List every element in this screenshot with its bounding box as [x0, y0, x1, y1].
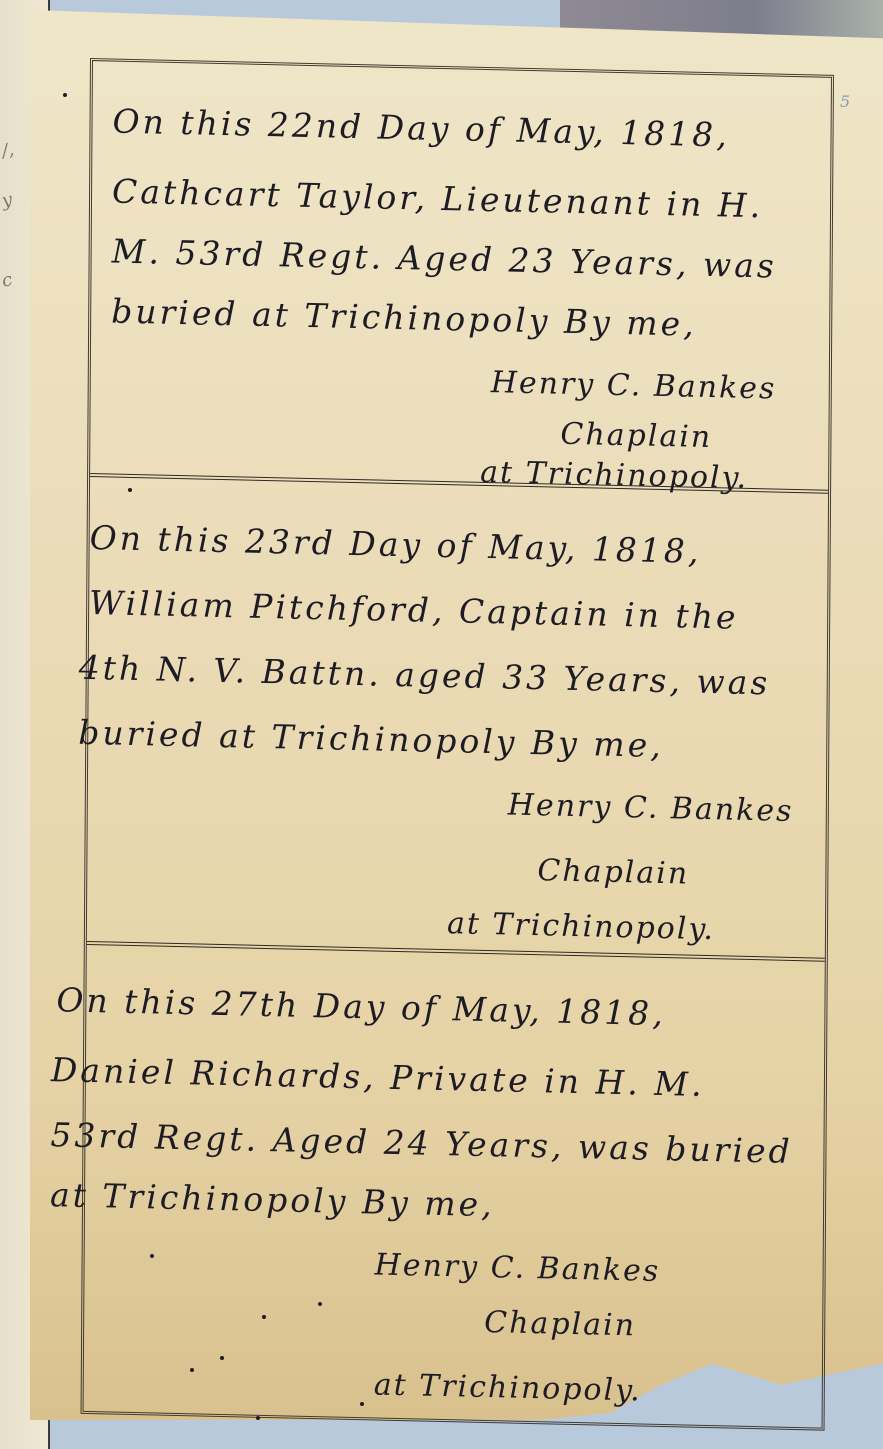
entry-line: Daniel Richards, Private in H. M. [51, 1050, 705, 1104]
ink-speck [220, 1356, 224, 1360]
chaplain-location: at Trichinopoly. [374, 1367, 642, 1408]
chaplain-signature: Henry C. Bankes [508, 788, 794, 829]
entry-line: On this 23rd Day of May, 1818, [90, 518, 702, 571]
ink-speck [360, 1402, 364, 1406]
entry-line: buried at Trichinopoly By me, [111, 291, 697, 343]
ink-speck [150, 1254, 154, 1258]
facing-page-handwriting: /, [0, 139, 16, 162]
entry-line: buried at Trichinopoly By me, [78, 713, 664, 765]
page-number: 5 [840, 92, 850, 111]
facing-page-handwriting: y [0, 189, 14, 212]
entry-line: Cathcart Taylor, Lieutenant in H. [112, 172, 763, 226]
ink-speck [262, 1315, 266, 1319]
chaplain-title: Chaplain [537, 853, 689, 891]
ink-speck [190, 1368, 194, 1372]
chaplain-title: Chaplain [560, 417, 712, 455]
burial-entry: On this 27th Day of May, 1818, Daniel Ri… [84, 941, 825, 1428]
burial-entry: On this 22nd Day of May, 1818, Cathcart … [90, 61, 831, 494]
chaplain-signature: Henry C. Bankes [374, 1247, 660, 1288]
entry-line: William Pitchford, Captain in the [89, 583, 739, 637]
entry-line: at Trichinopoly By me, [50, 1175, 495, 1224]
entry-line: M. 53rd Regt. Aged 23 Years, was [112, 231, 777, 285]
ink-speck [318, 1302, 322, 1306]
chaplain-signature: Henry C. Bankes [491, 365, 777, 406]
entry-line: On this 27th Day of May, 1818, [56, 980, 666, 1033]
ink-speck [63, 93, 67, 97]
register-table: On this 22nd Day of May, 1818, Cathcart … [81, 58, 834, 1431]
facing-page-handwriting: c [0, 269, 14, 292]
ink-speck [128, 488, 132, 492]
burial-entry: On this 23rd Day of May, 1818, William P… [87, 473, 828, 962]
entry-line: 53rd Regt. Aged 24 Years, was buried [50, 1115, 792, 1171]
ink-speck [256, 1416, 260, 1420]
entry-line: On this 22nd Day of May, 1818, [112, 102, 729, 155]
entry-line: 4th N. V. Battn. aged 33 Years, was [79, 648, 771, 703]
chaplain-location: at Trichinopoly. [447, 906, 715, 947]
chaplain-title: Chaplain [484, 1305, 636, 1343]
